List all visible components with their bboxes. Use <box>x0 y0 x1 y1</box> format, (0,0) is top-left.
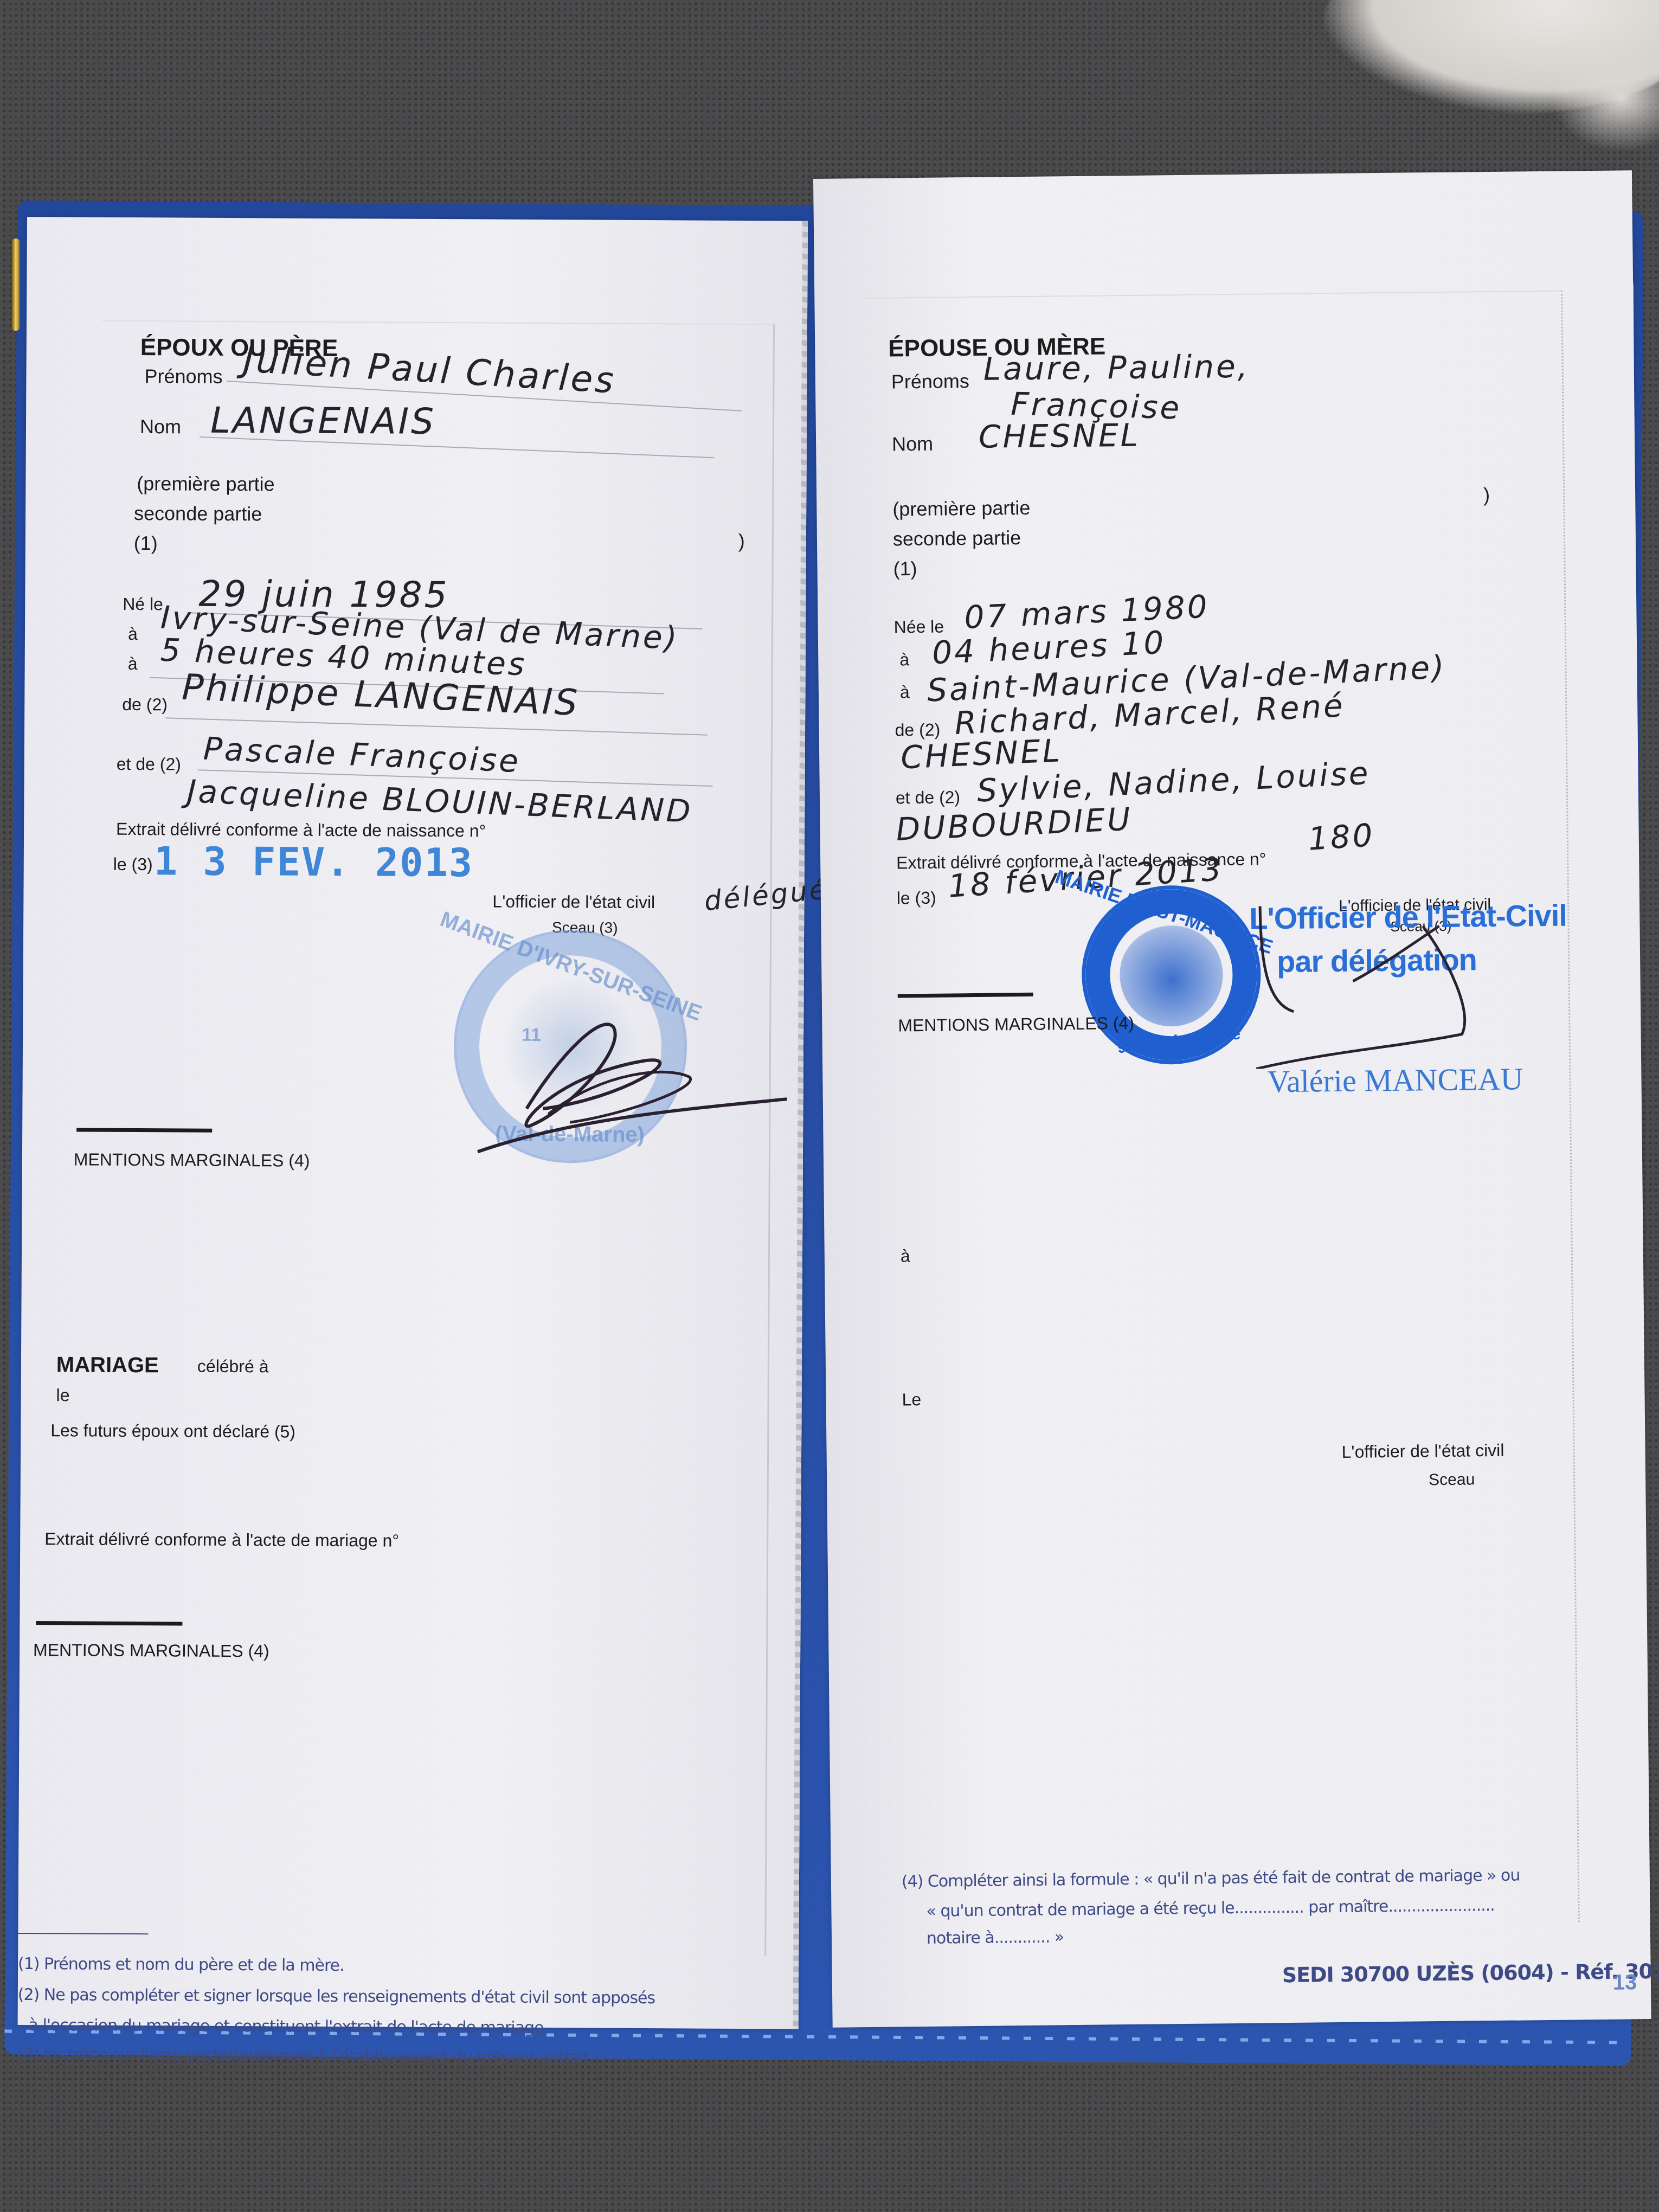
lieu-label: à <box>128 624 138 644</box>
page-frame <box>94 320 775 1956</box>
mairie-ivry-seal: MAIRIE D'IVRY-SUR-SEINE (Val-de-Marne) 1… <box>453 929 687 1163</box>
left-page: ÉPOUX OU PÈRE Prénoms Julien Paul Charle… <box>18 217 808 2029</box>
closing-paren: ) <box>738 530 745 552</box>
mentions-marginales-label: MENTIONS MARGINALES (4) <box>898 1013 1134 1036</box>
officier-label: L'officier de l'état civil <box>492 892 655 913</box>
officer-stamp-line2: par délégation <box>1277 942 1477 979</box>
footnote-4-end: notaire à............ » <box>927 1927 1064 1948</box>
printer-reference: SEDI 30700 UZÈS (0604) - Réf. 301045 <box>1282 1959 1659 1987</box>
note-1-label: (1) <box>134 532 158 555</box>
note-1-label: (1) <box>893 557 917 580</box>
footnote-rule <box>18 1933 148 1934</box>
seconde-partie-label: seconde partie <box>134 502 262 525</box>
premiere-partie-label: (première partie <box>892 497 1031 521</box>
footnote-1: (1) Prénoms et nom du père et de la mère… <box>18 1954 344 1975</box>
seconde-partie-label: seconde partie <box>893 526 1021 550</box>
nom-label: Nom <box>892 433 933 456</box>
mariage-mentions-bar <box>36 1621 182 1625</box>
ne-le-label: Né le <box>123 594 163 614</box>
heure-label: à <box>899 650 909 670</box>
mentions-marginales-label: MENTIONS MARGINALES (4) <box>74 1149 310 1171</box>
futurs-epoux-label: Les futurs époux ont déclaré (5) <box>50 1420 295 1442</box>
premiere-partie-label: (première partie <box>137 472 274 496</box>
extrait-date-label: le (3) <box>113 854 153 874</box>
right-page: ÉPOUSE OU MÈRE Prénoms Laure, Pauline, F… <box>813 170 1651 2028</box>
mariage-officier-label: L'officier de l'état civil <box>1341 1441 1504 1462</box>
prenoms-value-line1: Laure, Pauline, <box>983 348 1250 388</box>
extrait-naissance-label: Extrait délivré conforme à l'acte de nai… <box>116 819 486 841</box>
mariage-a-label: à <box>901 1246 910 1266</box>
mere-label: et de (2) <box>117 754 181 775</box>
page-number: 13 <box>1613 1970 1637 1995</box>
prenoms-label: Prénoms <box>144 365 222 388</box>
seal-emblem <box>501 978 639 1115</box>
mariage-sceau-label: Sceau <box>1429 1470 1475 1489</box>
nom-label: Nom <box>140 415 181 438</box>
extrait-mariage-label: Extrait délivré conforme à l'acte de mar… <box>44 1529 399 1551</box>
extrait-number-value: 180 <box>1307 816 1376 858</box>
seal-center-number: 11 <box>522 1025 541 1046</box>
closing-paren: ) <box>1483 484 1490 506</box>
footnote-2-cont: à l'occasion du mariage et constituent l… <box>28 2016 548 2037</box>
mariage-heading: MARIAGE <box>56 1353 159 1378</box>
footnote-3: (3) Inscrites sur l'acte postérieurement… <box>17 2045 594 2067</box>
mariage-le-label: Le <box>902 1390 921 1410</box>
officer-stamp-line1: L'Officier de l'Etat-Civil <box>1249 898 1567 936</box>
seal-text-bottom: (Val-de-Marne) <box>495 1122 645 1147</box>
mentions-bar <box>76 1128 212 1133</box>
nom-value: LANGENAIS <box>210 400 436 442</box>
lieu-label: à <box>900 682 910 702</box>
extrait-date-label: le (3) <box>897 888 936 909</box>
officer-name: Valérie MANCEAU <box>1267 1060 1523 1099</box>
mariage-mentions-label: MENTIONS MARGINALES (4) <box>33 1640 269 1661</box>
celebre-label: célébré à <box>197 1356 269 1377</box>
gold-corner-left <box>12 239 20 331</box>
pere-label: de (2) <box>122 695 168 715</box>
prenoms-label: Prénoms <box>891 370 969 394</box>
footnote-2: (2) Ne pas compléter et signer lorsque l… <box>18 1985 655 2008</box>
heure-label: à <box>128 654 138 674</box>
nom-value: CHESNEL <box>979 417 1141 455</box>
mariage-le-label: le <box>56 1385 70 1405</box>
date-stamp: 1 3 FEV. 2013 <box>154 838 474 885</box>
mere-label: et de (2) <box>896 787 961 808</box>
